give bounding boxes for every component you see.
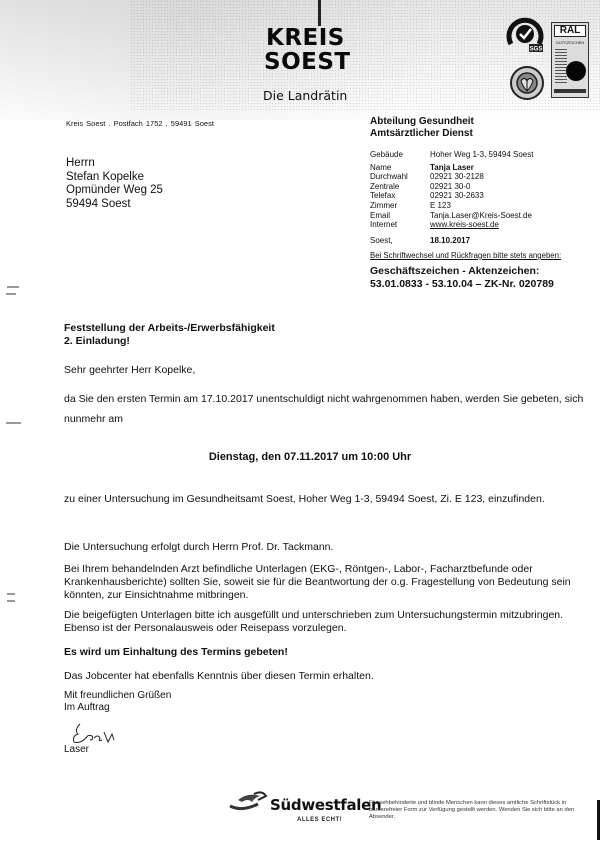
logo-bar-icon: [318, 0, 321, 26]
info-value: 02921 30-2128: [430, 172, 484, 182]
paragraph-forms: Die beigefügten Unterlagen bitte ich aus…: [64, 609, 589, 635]
paragraph-examiner: Die Untersuchung erfolgt durch Herrn Pro…: [64, 537, 584, 557]
letter-date: Soest, 18.10.2017: [370, 236, 470, 245]
info-value: Tanja Laser: [430, 163, 474, 173]
fold-mark: [7, 286, 19, 288]
info-label: Durchwahl: [370, 172, 430, 182]
reference-block: Geschäftszeichen - Aktenzeichen: 53.01.0…: [370, 265, 554, 291]
info-row-website: Internet www.kreis-soest.de: [370, 220, 533, 230]
reference-number: 53.01.0833 - 53.10.04 – ZK-Nr. 020789: [370, 278, 554, 291]
info-row-building: Gebäude Hoher Weg 1-3, 59494 Soest: [370, 150, 533, 160]
info-row-email: Email Tanja.Laser@Kreis-Soest.de: [370, 211, 533, 221]
info-row-direct-line: Durchwahl 02921 30-2128: [370, 172, 533, 182]
info-label: Email: [370, 211, 430, 221]
info-row-fax: Telefax 02921 30-2633: [370, 191, 533, 201]
info-label: Telefax: [370, 191, 430, 201]
ral-sub-label: GÜTEZEICHEN: [553, 40, 587, 45]
info-value: E 123: [430, 201, 451, 211]
paragraph-missed-appointment: da Sie den ersten Termin am 17.10.2017 u…: [64, 389, 584, 429]
svg-text:SGS: SGS: [530, 47, 543, 53]
info-label: Gebäude: [370, 150, 430, 160]
date-label: Soest,: [370, 236, 430, 245]
info-label: Name: [370, 163, 430, 173]
recipient-name: Stefan Kopelke: [66, 171, 163, 185]
paragraph-documents: Bei Ihrem behandelnden Arzt befindliche …: [64, 563, 589, 602]
logo-subtitle: Die Landrätin: [263, 88, 347, 103]
recipient-salutation: Herrn: [66, 157, 163, 171]
accessibility-note: Für sehbehinderte und blinde Menschen ka…: [369, 800, 599, 821]
ral-text-lines: [555, 49, 567, 85]
info-label: Zentrale: [370, 182, 430, 192]
department-name: Abteilung Gesundheit: [370, 116, 474, 128]
punch-mark: [6, 422, 21, 424]
info-value: 02921 30-2633: [430, 191, 484, 201]
website-link[interactable]: www.kreis-soest.de: [430, 220, 499, 230]
email-link[interactable]: Tanja.Laser@Kreis-Soest.de: [430, 211, 532, 221]
info-value: 02921 30-0: [430, 182, 470, 192]
ral-quality-mark-icon: RAL GÜTEZEICHEN: [551, 22, 589, 98]
sgs-certification-icon: SGS: [505, 14, 545, 54]
logo-kreis: KREIS: [266, 27, 345, 50]
info-label: Zimmer: [370, 201, 430, 211]
recipient-address: Herrn Stefan Kopelke Opmünder Weg 25 594…: [66, 157, 163, 211]
paragraph-jobcenter: Das Jobcenter hat ebenfalls Kenntnis übe…: [64, 666, 584, 686]
return-address: Kreis Soest . Postfach 1752 . 59491 Soes…: [66, 119, 214, 128]
fold-mark: [6, 293, 16, 295]
ral-dot-icon: [566, 61, 586, 81]
footer-tagline: ALLES ECHT!: [297, 817, 342, 823]
greeting: Sehr geehrter Herr Kopelke,: [64, 360, 584, 380]
department: Abteilung Gesundheit Amtsärztlicher Dien…: [370, 116, 474, 140]
ral-label: RAL: [554, 25, 586, 37]
appointment-datetime: Dienstag, den 07.11.2017 um 10:00 Uhr: [0, 451, 600, 463]
closing-on-behalf: Im Auftrag: [64, 702, 171, 714]
ral-footer-bar: [554, 89, 586, 93]
fold-mark: [7, 600, 15, 602]
reference-note: Bei Schriftwechsel und Rückfragen bitte …: [370, 251, 561, 260]
urgent-notice: Es wird um Einhaltung des Termins gebete…: [64, 646, 288, 658]
fold-mark: [7, 593, 15, 595]
letter-subject: Feststellung der Arbeits-/Erwerbsfähigke…: [64, 322, 275, 348]
subject-title: Feststellung der Arbeits-/Erwerbsfähigke…: [64, 322, 275, 335]
recipient-street: Opmünder Weg 25: [66, 184, 163, 198]
date-value: 18.10.2017: [430, 236, 470, 245]
info-row-room: Zimmer E 123: [370, 201, 533, 211]
logo-soest: SOEST: [264, 51, 351, 74]
suedwestfalen-logo-icon: [228, 790, 268, 814]
recipient-city: 59494 Soest: [66, 198, 163, 212]
info-label: Internet: [370, 220, 430, 230]
subject-invitation: 2. Einladung!: [64, 335, 275, 348]
closing-regards: Mit freundlichen Grüßen: [64, 690, 171, 702]
contact-info: Gebäude Hoher Weg 1-3, 59494 Soest Name …: [370, 150, 533, 230]
info-row-switchboard: Zentrale 02921 30-0: [370, 182, 533, 192]
paragraph-location: zu einer Untersuchung im Gesundheitsamt …: [64, 489, 584, 509]
footer-brand: Südwestfalen: [270, 796, 381, 814]
info-value: Hoher Weg 1-3, 59494 Soest: [430, 150, 533, 160]
closing: Mit freundlichen Grüßen Im Auftrag: [64, 690, 171, 714]
department-service: Amtsärztlicher Dienst: [370, 128, 474, 140]
info-row-name: Name Tanja Laser: [370, 163, 533, 173]
reference-heading: Geschäftszeichen - Aktenzeichen:: [370, 265, 554, 278]
signer-name: Laser: [64, 744, 89, 755]
family-friendly-seal-icon: [509, 65, 545, 101]
